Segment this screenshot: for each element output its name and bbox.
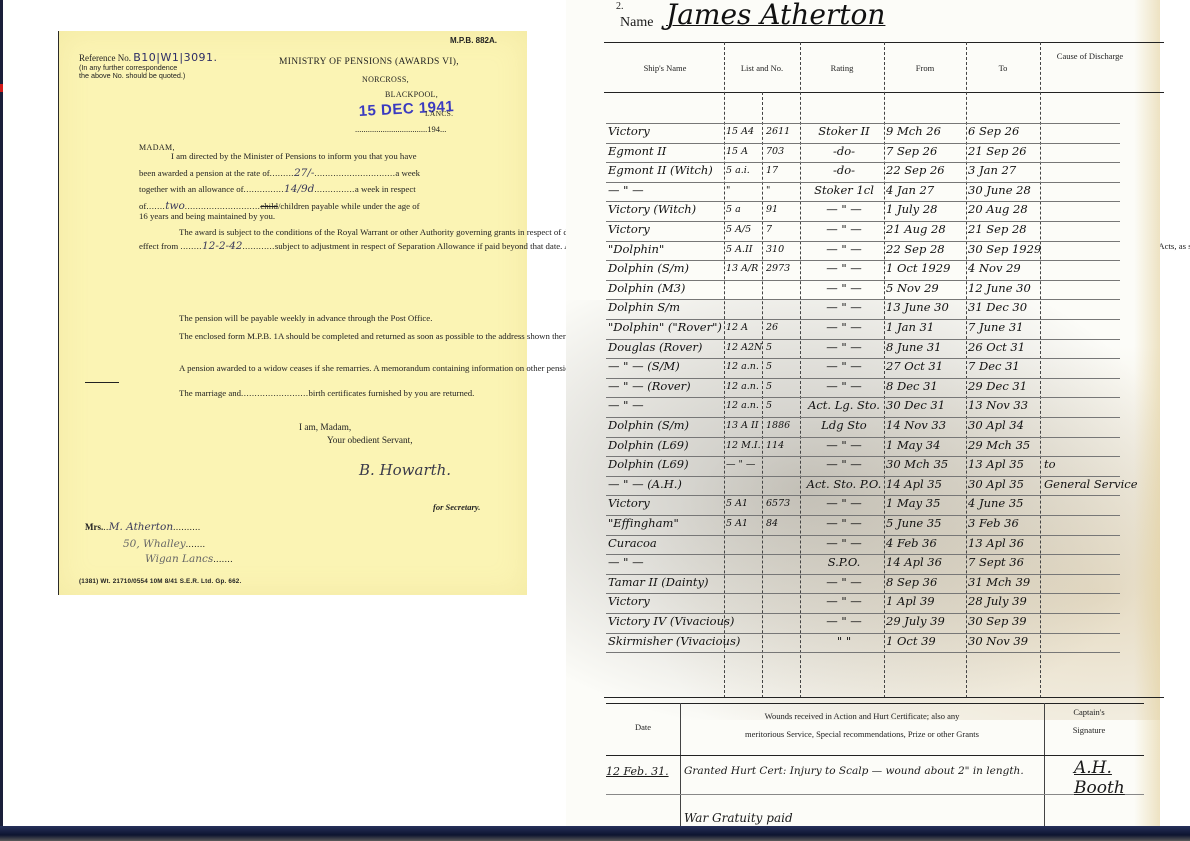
service-cell-from: 5 June 35 (886, 514, 966, 533)
service-cell-ship: Egmont II (Witch) (608, 161, 724, 180)
service-cell-from: 1 May 34 (886, 436, 966, 455)
service-cell-from: 14 Nov 33 (886, 416, 966, 435)
service-cell-list: 5 A/5 (726, 220, 762, 239)
service-cell-rating: -do- (804, 142, 884, 161)
wounds-top-rule (606, 703, 1144, 704)
service-cell-rating: -do- (804, 161, 884, 180)
service-cell-ship: Curacoa (608, 534, 724, 553)
scanner-bed-edge (0, 826, 1190, 841)
pension-award-letter: M.P.B. 882A. Reference No. B10|W1|3091. … (58, 31, 527, 595)
service-cell-ship: Victory (Witch) (608, 200, 724, 219)
printer-imprint: (1381) Wt. 21710/0554 10M 8/41 S.E.R. Lt… (79, 576, 241, 587)
service-cell-to: 31 Dec 30 (968, 298, 1040, 317)
paragraph-conditions: The award is subject to the conditions o… (139, 227, 501, 251)
service-cell-no: 17 (766, 161, 800, 180)
service-cell-from: 13 June 30 (886, 298, 966, 317)
service-cell-ship: Dolphin (S/m) (608, 416, 724, 435)
service-cell-list: " (726, 181, 762, 200)
service-cell-rating: — " — (804, 240, 884, 259)
addressee-address: 50, Whalley....... (123, 539, 206, 551)
service-cell-from: 8 Dec 31 (886, 377, 966, 396)
service-cell-rating: — " — (804, 573, 884, 592)
service-cell-from: 22 Sep 28 (886, 240, 966, 259)
service-cell-rating: — " — (804, 534, 884, 553)
paragraph-payment: The pension will be payable weekly in ad… (139, 313, 501, 324)
service-cell-rating: — " — (804, 494, 884, 513)
closing-line: Your obedient Servant, (327, 436, 413, 447)
service-cell-ship: "Dolphin" ("Rover") (608, 318, 724, 337)
service-cell-no: 2973 (766, 259, 800, 278)
captain-signature: A.H. Booth (1074, 758, 1160, 798)
wounds-row-rule (606, 794, 1144, 795)
service-cell-to: 12 June 30 (968, 279, 1040, 298)
service-cell-ship: Dolphin S/m (608, 298, 724, 317)
service-cell-from: 8 Sep 36 (886, 573, 966, 592)
service-cell-from: 22 Sep 26 (886, 161, 966, 180)
scan-edge (0, 0, 3, 841)
service-cell-ship: — " — (608, 396, 724, 415)
service-cell-from: 27 Oct 31 (886, 357, 966, 376)
service-cell-ship: Dolphin (S/m) (608, 259, 724, 278)
service-cell-to: 31 Mch 39 (968, 573, 1040, 592)
service-cell-no: 703 (766, 142, 800, 161)
column-divider (762, 92, 763, 698)
service-cell-ship: Dolphin (M3) (608, 279, 724, 298)
service-cell-list: 15 A4 (726, 122, 762, 141)
service-cell-ship: Egmont II (608, 142, 724, 161)
column-divider (1040, 42, 1041, 698)
service-cell-rating: — " — (804, 357, 884, 376)
service-cell-to: 30 June 28 (968, 181, 1040, 200)
service-cell-list: 12 a.n. (726, 377, 762, 396)
service-cell-to: 13 Apl 36 (968, 534, 1040, 553)
service-cell-list: 12 A2N (726, 338, 762, 357)
service-cell-to: 7 Dec 31 (968, 357, 1040, 376)
service-cell-no: 5 (766, 396, 800, 415)
service-cell-from: 1 Jan 31 (886, 318, 966, 337)
service-cell-rating: — " — (804, 514, 884, 533)
service-cell-ship: Tamar II (Dainty) (608, 573, 724, 592)
service-cell-from: 30 Mch 35 (886, 455, 966, 474)
column-header-from: From (884, 62, 966, 74)
service-cell-ship: Victory (608, 220, 724, 239)
paragraph-form: The enclosed form M.P.B. 1A should be co… (139, 331, 501, 342)
service-cell-no: 310 (766, 240, 800, 259)
service-cell-no: " (766, 181, 800, 200)
service-cell-no: 91 (766, 200, 800, 219)
service-cell-from: 5 Nov 29 (886, 279, 966, 298)
service-cell-rating: — " — (804, 279, 884, 298)
paragraph-remarriage: A pension awarded to a widow ceases if s… (139, 363, 501, 374)
margin-dash (85, 382, 119, 383)
column-divider (884, 42, 885, 698)
service-cell-ship: "Dolphin" (608, 240, 724, 259)
wound-entry-date: 12 Feb. 31. (606, 765, 669, 778)
column-divider (966, 42, 967, 698)
service-cell-list: 5 a (726, 200, 762, 219)
service-cell-rating: — " — (804, 455, 884, 474)
service-cell-ship: Victory (608, 494, 724, 513)
service-cell-list: 12 M.I. (726, 436, 762, 455)
ministry-heading: MINISTRY OF PENSIONS (AWARDS VI), (279, 57, 459, 68)
service-cell-ship: Douglas (Rover) (608, 338, 724, 357)
service-cell-to: 4 June 35 (968, 494, 1040, 513)
service-cell-no: 1886 (766, 416, 800, 435)
column-header-cause: Cause of Discharge (1040, 50, 1140, 62)
service-cell-rating: — " — (804, 377, 884, 396)
service-cell-rating: Act. Lg. Sto. (804, 396, 884, 415)
service-cell-ship: — " — (608, 553, 724, 572)
column-header-ship: Ship's Name (606, 62, 724, 74)
row-rule (606, 652, 1120, 653)
effect-date: 12-2-42 (202, 240, 243, 252)
column-header-rating: Rating (800, 62, 884, 74)
service-cell-to: 30 Apl 35 (968, 475, 1040, 494)
service-cell-rating: — " — (804, 318, 884, 337)
service-cell-to: 30 Nov 39 (968, 632, 1040, 651)
service-cell-to: 29 Dec 31 (968, 377, 1040, 396)
pension-rate: 27/- (294, 167, 314, 179)
service-cell-list: 5 A1 (726, 494, 762, 513)
service-cell-no: 6573 (766, 494, 800, 513)
wounds-header-rule (606, 755, 1144, 756)
service-cell-from: 29 July 39 (886, 612, 966, 631)
service-record-page: 2. Name James Atherton Ship's Name List … (566, 0, 1160, 826)
service-cell-from: 1 Oct 39 (886, 632, 966, 651)
column-divider (800, 42, 801, 698)
service-cell-list: 12 a.n. (726, 357, 762, 376)
for-secretary: for Secretary. (433, 502, 480, 513)
service-cell-ship: — " — (Rover) (608, 377, 724, 396)
service-cell-ship: Dolphin (L69) (608, 436, 724, 455)
page-number: 2. (616, 1, 624, 12)
service-cell-no: 5 (766, 377, 800, 396)
service-cell-rating: — " — (804, 592, 884, 611)
service-cell-no: 5 (766, 357, 800, 376)
service-cell-from: 14 Apl 35 (886, 475, 966, 494)
service-cell-list: 12 A (726, 318, 762, 337)
service-cell-from: 21 Aug 28 (886, 220, 966, 239)
service-cell-no: 84 (766, 514, 800, 533)
service-cell-list: 13 A II (726, 416, 762, 435)
service-cell-to: 30 Sep 39 (968, 612, 1040, 631)
table-bottom-rule (604, 697, 1164, 698)
form-code: M.P.B. 882A. (450, 35, 497, 46)
service-cell-rating: — " — (804, 200, 884, 219)
addressee-name: Mrs...M. Atherton.......... (85, 522, 201, 533)
service-cell-list: 12 a.n. (726, 396, 762, 415)
row-rule (606, 123, 1120, 124)
signature: B. Howarth. (359, 465, 451, 476)
service-cell-ship: Skirmisher (Vivacious) (608, 632, 724, 651)
sailor-name: James Atherton (666, 0, 885, 31)
service-cell-ship: Dolphin (L69) (608, 455, 724, 474)
service-cell-to: 28 July 39 (968, 592, 1040, 611)
service-cell-rating: Ldg Sto (804, 416, 884, 435)
service-cell-from: 8 June 31 (886, 338, 966, 357)
service-cell-to: 6 Sep 26 (968, 122, 1040, 141)
service-cell-to: 29 Mch 35 (968, 436, 1040, 455)
wounds-signature-header: Captain's Signature (1044, 706, 1134, 736)
date-line: ..................................194... (355, 124, 446, 135)
service-cell-no: 5 (766, 338, 800, 357)
service-cell-no: 7 (766, 220, 800, 239)
reference-note: (In any further correspondence the above… (79, 64, 185, 80)
service-cell-rating: — " — (804, 220, 884, 239)
service-cell-cause: to (1044, 455, 1140, 474)
service-cell-rating: — " — (804, 436, 884, 455)
service-cell-from: 4 Feb 36 (886, 534, 966, 553)
service-cell-rating: — " — (804, 259, 884, 278)
service-cell-rating: — " — (804, 612, 884, 631)
name-label: Name (620, 15, 653, 31)
service-cell-ship: — " — (S/M) (608, 357, 724, 376)
service-cell-ship: Victory (608, 122, 724, 141)
service-cell-rating: — " — (804, 338, 884, 357)
service-cell-to: 7 June 31 (968, 318, 1040, 337)
service-cell-to: 20 Aug 28 (968, 200, 1040, 219)
ministry-address-line: LANCS. (425, 108, 453, 119)
service-cell-from: 4 Jan 27 (886, 181, 966, 200)
service-cell-no: 26 (766, 318, 800, 337)
service-cell-to: 21 Sep 26 (968, 142, 1040, 161)
service-cell-ship: Victory (608, 592, 724, 611)
service-cell-to: 3 Jan 27 (968, 161, 1040, 180)
service-cell-to: 26 Oct 31 (968, 338, 1040, 357)
service-cell-no: 2611 (766, 122, 800, 141)
service-cell-rating: Stoker II (804, 122, 884, 141)
service-cell-rating: " " (804, 632, 884, 651)
service-cell-list: 15 A (726, 142, 762, 161)
service-cell-to: 7 Sept 36 (968, 553, 1040, 572)
wound-entry-text: Granted Hurt Cert: Injury to Scalp — wou… (684, 765, 1024, 777)
service-cell-rating: S.P.O. (804, 553, 884, 572)
service-cell-to: 13 Apl 35 (968, 455, 1040, 474)
service-cell-to: 30 Sep 1929 (968, 240, 1040, 259)
service-cell-rating: — " — (804, 298, 884, 317)
service-cell-to: 13 Nov 33 (968, 396, 1040, 415)
closing-line: I am, Madam, (299, 423, 351, 434)
service-cell-to: 21 Sep 28 (968, 220, 1040, 239)
service-cell-list: — " — (726, 455, 762, 474)
paragraph-award: I am directed by the Minister of Pension… (139, 151, 501, 222)
service-cell-from: 1 May 35 (886, 494, 966, 513)
service-cell-list: 5 a.i. (726, 161, 762, 180)
allowance-amount: 14/9d (284, 183, 314, 195)
service-cell-from: 7 Sep 26 (886, 142, 966, 161)
service-cell-from: 1 Apl 39 (886, 592, 966, 611)
service-cell-list: 13 A/R (726, 259, 762, 278)
service-cell-no: 114 (766, 436, 800, 455)
service-cell-ship: Victory IV (Vivacious) (608, 612, 724, 631)
children-count: two (165, 200, 185, 212)
service-cell-rating: Act. Sto. P.O. (804, 475, 884, 494)
service-cell-list: 5 A1 (726, 514, 762, 533)
column-header-to: To (966, 62, 1040, 74)
service-cell-ship: "Effingham" (608, 514, 724, 533)
service-cell-ship: — " — (608, 181, 724, 200)
service-cell-list: 5 A.II (726, 240, 762, 259)
service-cell-from: 1 Oct 1929 (886, 259, 966, 278)
service-cell-from: 14 Apl 36 (886, 553, 966, 572)
service-cell-to: 30 Apl 34 (968, 416, 1040, 435)
service-cell-from: 9 Mch 26 (886, 122, 966, 141)
ministry-address-line: NORCROSS, (362, 74, 409, 85)
wounds-date-header: Date (606, 721, 680, 733)
column-header-list: List and No. (724, 62, 800, 74)
addressee-address: Wigan Lancs....... (145, 554, 233, 566)
service-cell-from: 1 July 28 (886, 200, 966, 219)
service-cell-ship: — " — (A.H.) (608, 475, 724, 494)
service-cell-to: 3 Feb 36 (968, 514, 1040, 533)
paragraph-certificates: The marriage and........................… (139, 388, 501, 399)
column-divider (724, 42, 725, 698)
scan-edge-mark (0, 84, 3, 92)
wound-entry-text: War Gratuity paid (684, 811, 793, 825)
service-cell-rating: Stoker 1cl (804, 181, 884, 200)
service-cell-from: 30 Dec 31 (886, 396, 966, 415)
wounds-description-header: Wounds received in Action and Hurt Certi… (680, 710, 1044, 740)
service-cell-cause: General Service (1044, 475, 1140, 494)
service-cell-to: 4 Nov 29 (968, 259, 1040, 278)
